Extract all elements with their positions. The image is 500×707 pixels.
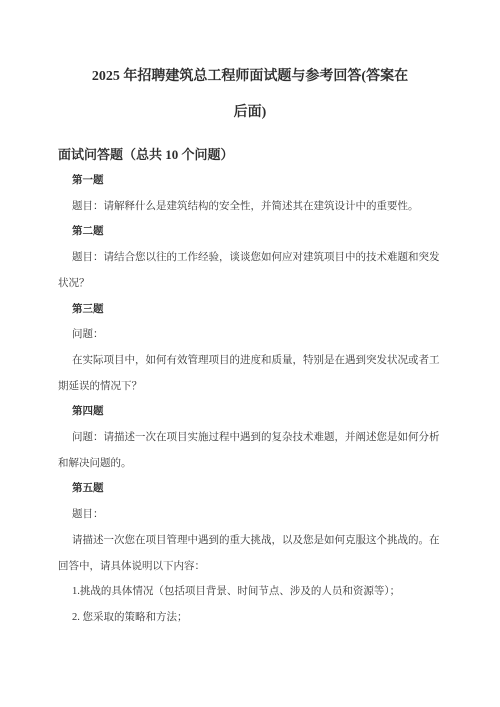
question-2-text: 题目：请结合您以往的工作经验，谈谈您如何应对建筑项目中的技术难题和突发 状况？ bbox=[58, 245, 442, 296]
section-header: 面试问答题（总共 10 个问题） bbox=[58, 142, 442, 168]
question-block-5: 第五题 题目： 请描述一次您在项目管理中遇到的重大挑战，以及您是如何克服这个挑战… bbox=[58, 476, 442, 630]
question-1-heading: 第一题 bbox=[58, 168, 442, 194]
document-page: 2025 年招聘建筑总工程师面试题与参考回答(答案在 后面) 面试问答题（总共 … bbox=[0, 0, 500, 707]
question-4-heading: 第四题 bbox=[58, 399, 442, 425]
question-5-label: 题目： bbox=[58, 502, 442, 528]
question-block-4: 第四题 问题：请描述一次在项目实施过程中遇到的复杂技术难题，并阐述您是如何分析 … bbox=[58, 399, 442, 476]
question-3-heading: 第三题 bbox=[58, 297, 442, 323]
question-block-2: 第二题 题目：请结合您以往的工作经验，谈谈您如何应对建筑项目中的技术难题和突发 … bbox=[58, 219, 442, 296]
question-2-heading: 第二题 bbox=[58, 219, 442, 245]
question-5-list-item-2: 2. 您采取的策略和方法； bbox=[58, 605, 442, 631]
question-5-heading: 第五题 bbox=[58, 476, 442, 502]
question-5-text: 请描述一次您在项目管理中遇到的重大挑战，以及您是如何克服这个挑战的。在 回答中，… bbox=[58, 528, 442, 579]
question-3-text: 在实际项目中，如何有效管理项目的进度和质量，特别是在遇到突发状况或者工 期延误的… bbox=[58, 348, 442, 399]
question-3-label: 问题： bbox=[58, 322, 442, 348]
document-title: 2025 年招聘建筑总工程师面试题与参考回答(答案在 后面) bbox=[58, 59, 442, 131]
question-block-1: 第一题 题目：请解释什么是建筑结构的安全性，并简述其在建筑设计中的重要性。 bbox=[58, 168, 442, 219]
question-5-list-item-1: 1.挑战的具体情况（包括项目背景、时间节点、涉及的人员和资源等）； bbox=[58, 579, 442, 605]
question-block-3: 第三题 问题： 在实际项目中，如何有效管理项目的进度和质量，特别是在遇到突发状况… bbox=[58, 297, 442, 400]
question-4-text: 问题：请描述一次在项目实施过程中遇到的复杂技术难题，并阐述您是如何分析 和解决问… bbox=[58, 425, 442, 476]
question-1-text: 题目：请解释什么是建筑结构的安全性，并简述其在建筑设计中的重要性。 bbox=[58, 194, 442, 220]
